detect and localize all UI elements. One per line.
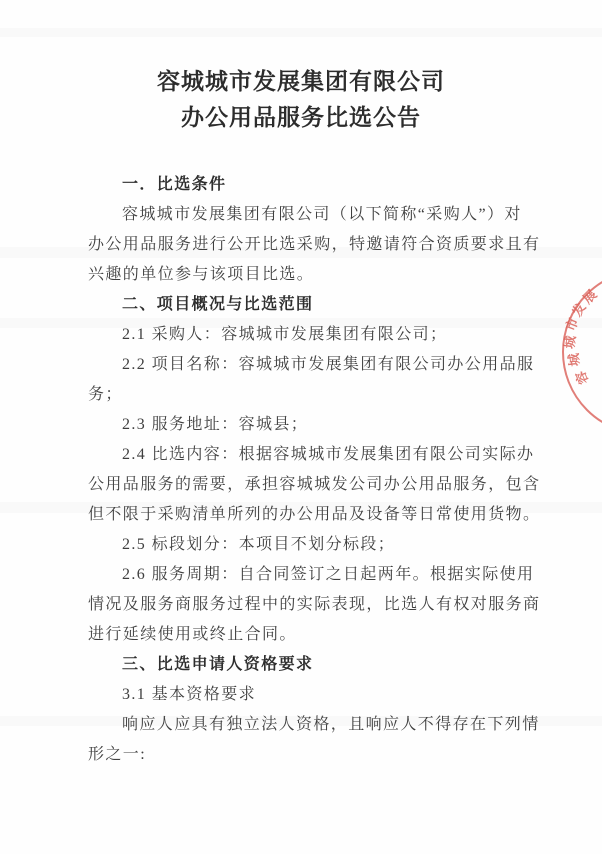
section-heading: 二、项目概况与比选范围: [88, 290, 554, 320]
text-line: 2.1 采购人：容城城市发展集团有限公司；: [88, 320, 554, 350]
section-heading: 一．比选条件: [88, 170, 554, 200]
text-line: 2.6 服务周期：自合同签订之日起两年。根据实际使用: [88, 560, 554, 590]
seal-character: 城: [563, 353, 583, 368]
text-line: 兴趣的单位参与该项目比选。: [88, 260, 554, 290]
seal-character: 城: [559, 334, 580, 350]
seal-ring: [562, 269, 602, 435]
text-line: 进行延续使用或终止合同。: [88, 620, 554, 650]
seal-character: 市: [560, 315, 582, 334]
text-line: 2.2 项目名称：容城城市发展集团有限公司办公用品服: [88, 350, 554, 380]
document-body: 一．比选条件容城城市发展集团有限公司（以下简称“采购人”）对办公用品服务进行公开…: [88, 170, 554, 770]
document-page: 容城城市发展集团有限公司 办公用品服务比选公告 一．比选条件容城城市发展集团有限…: [0, 0, 602, 854]
seal-character: 展: [578, 285, 601, 308]
text-line: 但不限于采购清单所列的办公用品及设备等日常使用货物。: [88, 500, 554, 530]
document-title: 容城城市发展集团有限公司 办公用品服务比选公告: [0, 64, 602, 136]
text-line: 形之一:: [88, 740, 554, 770]
text-line: 情况及服务商服务过程中的实际表现，比选人有权对服务商: [88, 590, 554, 620]
document-title-line2: 办公用品服务比选公告: [0, 100, 602, 136]
seal-character: 容: [570, 368, 592, 387]
document-title-line1: 容城城市发展集团有限公司: [0, 64, 602, 100]
section-heading: 三、比选申请人资格要求: [88, 650, 554, 680]
text-line: 响应人应具有独立法人资格，且响应人不得存在下列情: [88, 710, 554, 740]
text-line: 办公用品服务进行公开比选采购，特邀请符合资质要求且有: [88, 230, 554, 260]
text-line: 2.3 服务地址：容城县；: [88, 410, 554, 440]
text-line: 2.4 比选内容：根据容城城市发展集团有限公司实际办: [88, 440, 554, 470]
text-line: 容城城市发展集团有限公司（以下简称“采购人”）对: [88, 200, 554, 230]
seal-character: 发: [566, 298, 589, 319]
text-line: 3.1 基本资格要求: [88, 680, 554, 710]
scan-band: [0, 28, 602, 37]
text-line: 2.5 标段划分：本项目不划分标段；: [88, 530, 554, 560]
text-line: 公用品服务的需要，承担容城城发公司办公用品服务，包含: [88, 470, 554, 500]
text-line: 务；: [88, 380, 554, 410]
